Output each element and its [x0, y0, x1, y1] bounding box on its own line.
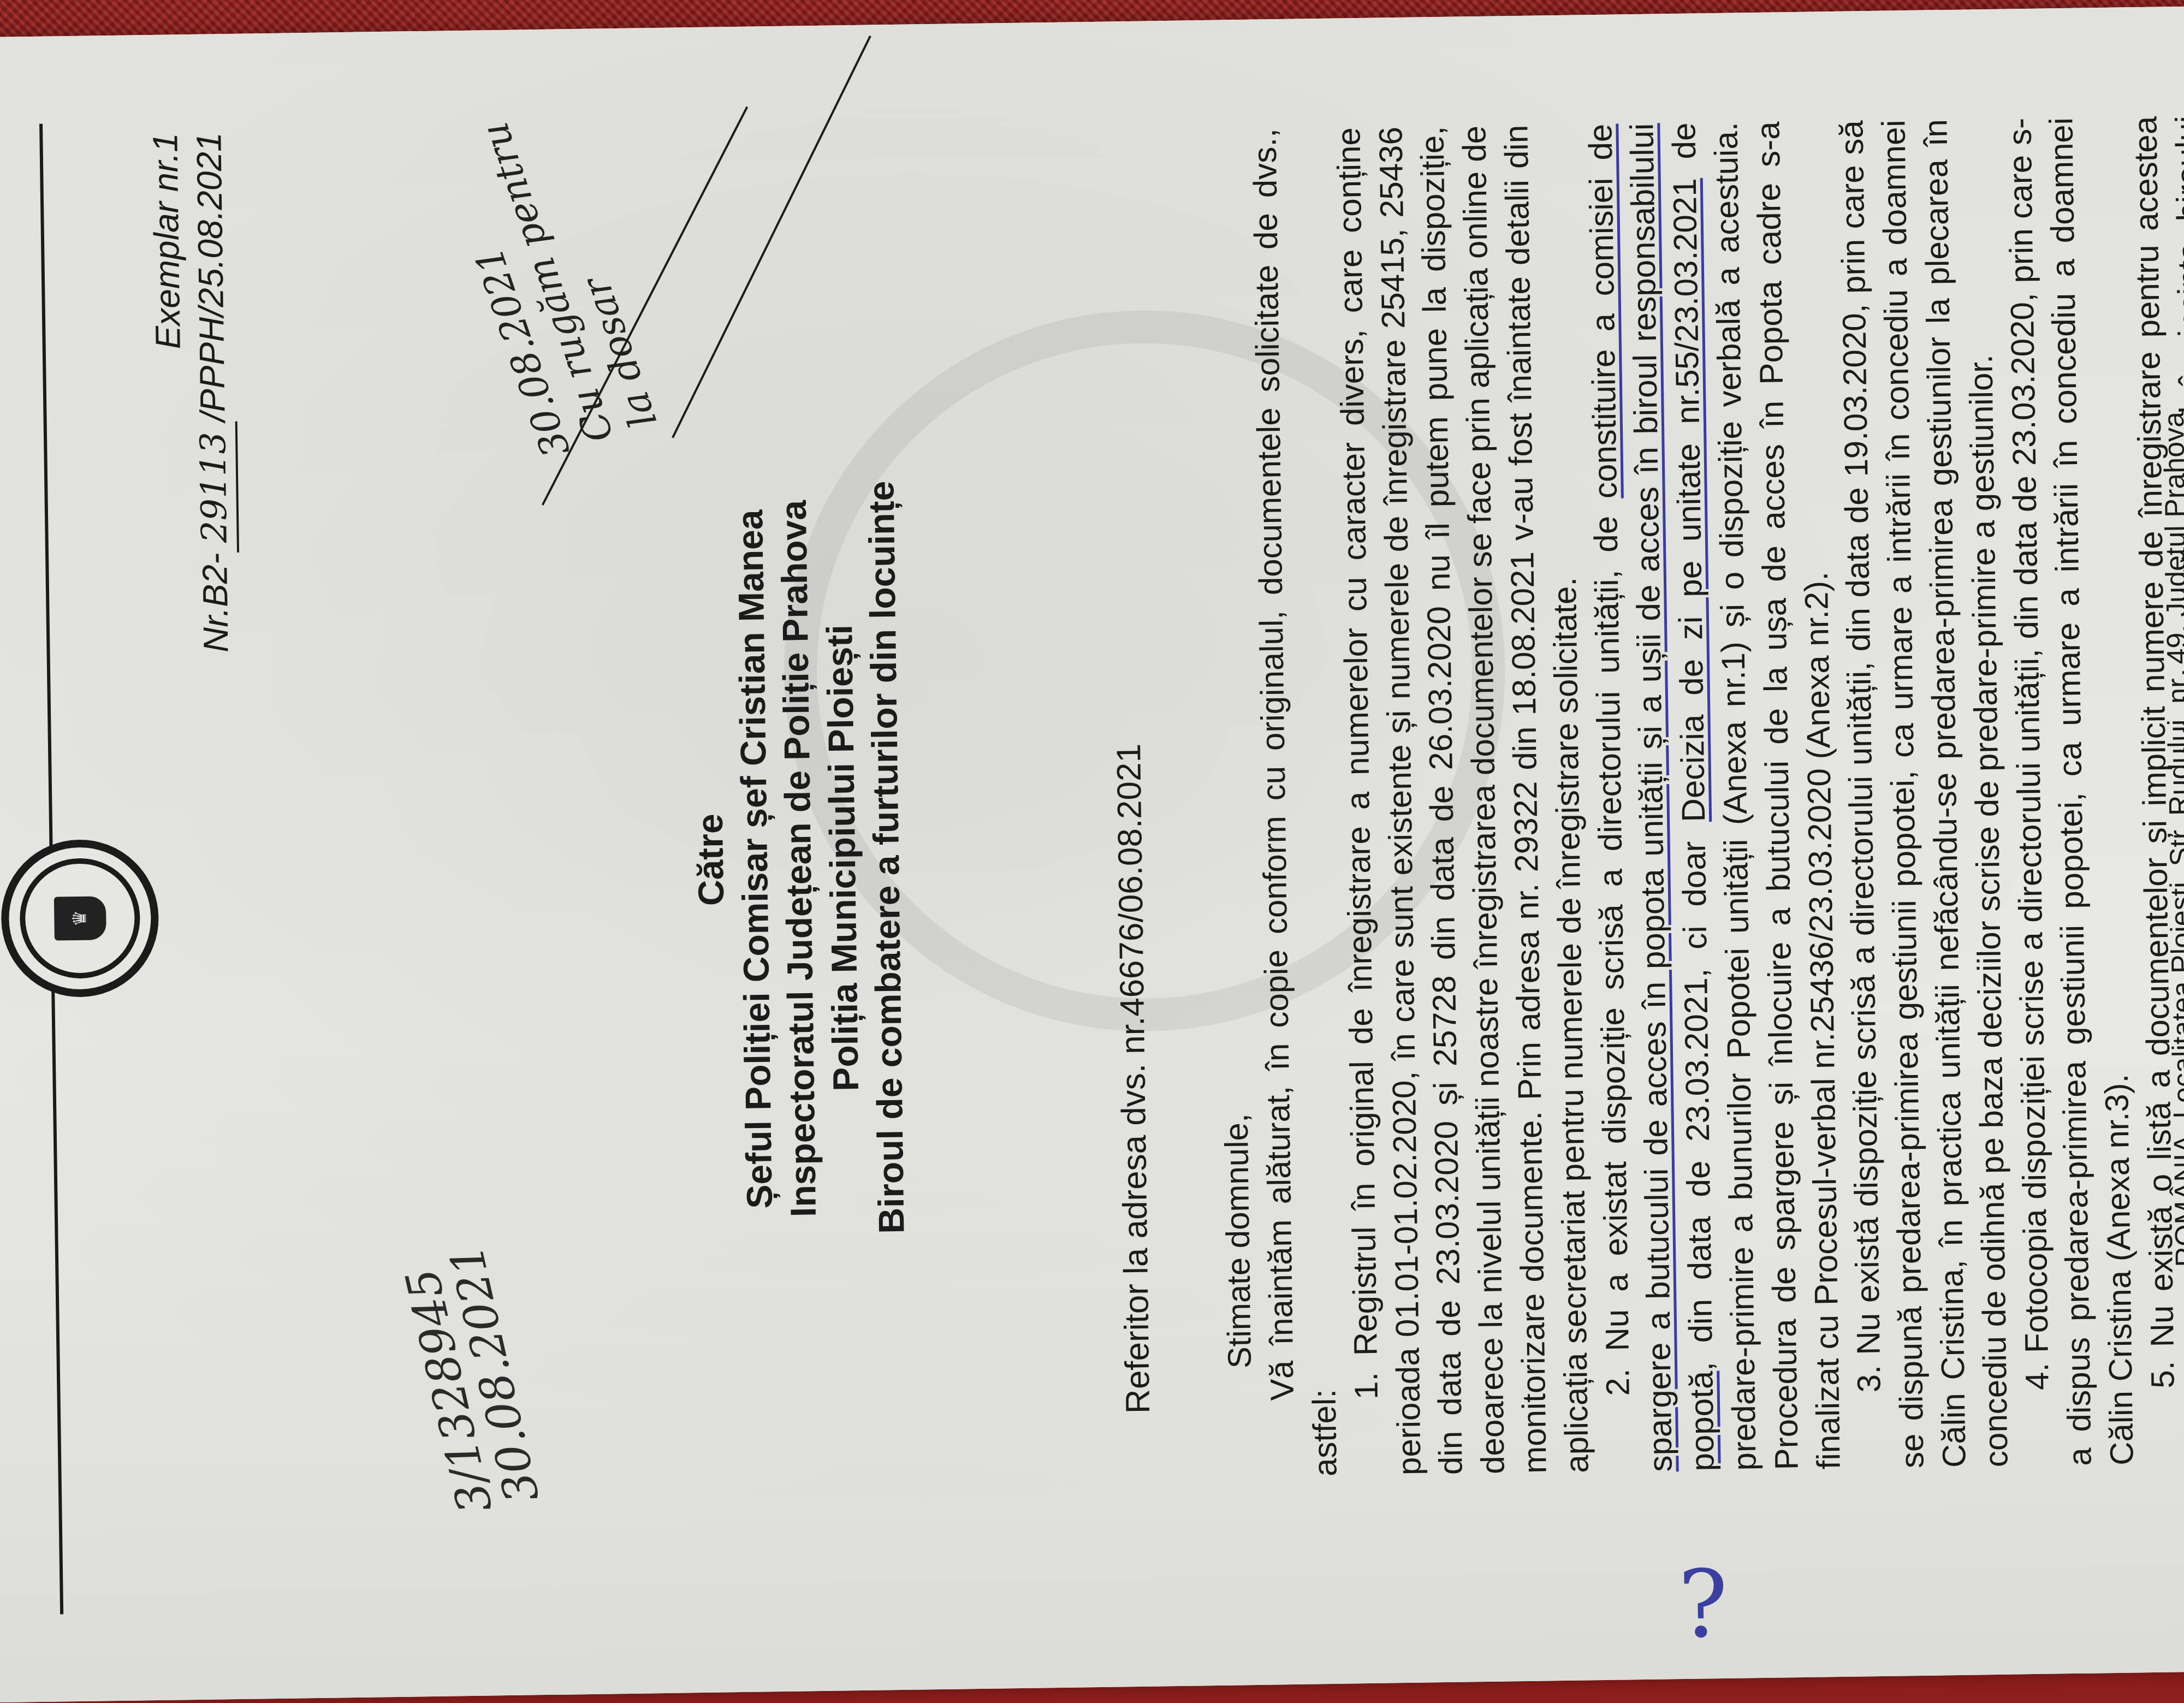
underlined-text: Decizia de zi pe unitate nr.55/23.03.202…	[1666, 178, 1712, 822]
item-3: 3. Nu există dispoziție scrisă a directo…	[1831, 118, 2018, 1469]
item-number: 1.	[1348, 1372, 1385, 1400]
institution-seal: ♛	[0, 839, 159, 998]
registration-prefix: Nr.B2-	[195, 553, 236, 653]
document-page: ♛ Exemplar nr.1 Nr.B2-29113/PPPH/25.08.2…	[0, 5, 2184, 1638]
exemplar-label: Exemplar nr.1	[143, 133, 194, 654]
handwritten-resolution: 30.08.2021 Cu rugăm pentru la dosar	[428, 102, 666, 463]
registration-suffix: /PPPH/25.08.2021	[189, 132, 232, 422]
registration-handwritten-number: 29113	[192, 422, 239, 553]
item-4: 4. Fotocopia dispoziției scrise a direct…	[1999, 116, 2144, 1467]
item-number: 4.	[2019, 1362, 2056, 1390]
registration-block: Exemplar nr.1 Nr.B2-29113/PPPH/25.08.202…	[143, 132, 240, 654]
item-1: 1. Registrul în original de înregistrare…	[1328, 124, 1598, 1476]
item-number: 2.	[1599, 1368, 1636, 1396]
registration-number: Nr.B2-29113/PPPH/25.08.2021	[187, 132, 240, 653]
item-number: 3.	[1850, 1365, 1888, 1393]
coat-of-arms-icon: ♛	[54, 896, 106, 940]
margin-question-mark: ?	[1677, 1550, 1729, 1638]
item-text: , din data de 23.03.2021, ci doar	[1675, 822, 1719, 1371]
reference-line: Referitor la adresa dvs. nr.46676/06.08.…	[1099, 130, 1160, 1414]
item-text: Fotocopia dispoziției scrise a directoru…	[2001, 117, 2140, 1467]
handwritten-registration: 3/1328945 30.08.2021	[395, 1240, 547, 1517]
item-text: Registrul în original de înregistrare a …	[1330, 125, 1595, 1476]
item-text: Nu există dispoziție scrisă a directorul…	[1833, 119, 2015, 1469]
item-2: 2. Nu a existat dispoziție scrisă a dire…	[1580, 121, 1850, 1473]
letter-body: Referitor la adresa dvs. nr.46676/06.08.…	[1099, 114, 2184, 1479]
recipient-block: Către Șeful Poliției Comisar șef Cristia…	[677, 25, 920, 1638]
